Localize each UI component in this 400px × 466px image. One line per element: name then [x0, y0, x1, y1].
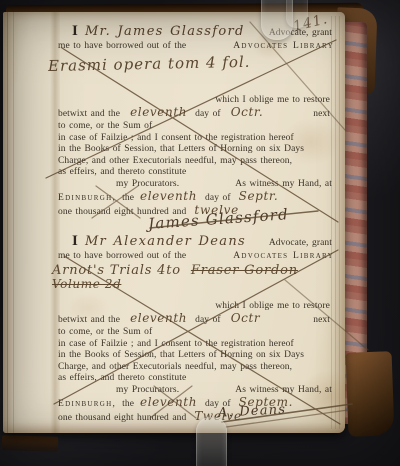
book-title-handwritten: Arnot's Trials 4to [52, 263, 181, 278]
the-label: the [122, 192, 134, 205]
entry-opening-line: I Mr Alexander Deans Advocate, grant [58, 234, 334, 251]
edinburgh-label: Edinburgh, [58, 398, 116, 411]
failzie-line: in the Books of Session, that Letters of… [58, 350, 334, 362]
year-prefix: one thousand eight hundred and [58, 413, 186, 425]
printed-capital-i: I [72, 24, 78, 39]
sum-line: to come, or the Sum of [58, 327, 334, 339]
day-of-label: day of [195, 314, 221, 327]
advocate-grant-label: Advocate, grant [269, 236, 332, 251]
book-board-bottom-left [2, 435, 58, 452]
book-title-line: Arnot's Trials 4to Fraser Gordon [52, 263, 334, 278]
signing-day-handwritten: eleventh [140, 396, 197, 409]
failzie-line: in case of Failzie ; and I consent to th… [58, 339, 334, 351]
borrowed-prefix: me to have borrowed out of the [58, 251, 186, 263]
retaining-strap-top-secondary [286, 0, 308, 28]
failzie-line: as effeirs, and thereto constitute [58, 373, 334, 385]
signing-day-handwritten: eleventh [140, 190, 197, 203]
oblige-line: which I oblige me to restore [58, 95, 334, 107]
failzie-line: in the Books of Session, that Letters of… [58, 144, 334, 156]
borrow-entry-2: I Mr Alexander Deans Advocate, grant me … [58, 234, 334, 425]
failzie-line: as effeirs, and thereto constitute [58, 167, 334, 179]
return-month-handwritten: Octr. [231, 106, 264, 119]
retaining-strap-bottom [196, 417, 227, 466]
next-label: next [313, 108, 330, 121]
printed-capital-i: I [72, 234, 78, 249]
the-label: the [122, 398, 134, 411]
next-label: next [313, 314, 330, 327]
failzie-line: Charge, and other Executorials needful, … [58, 362, 334, 374]
library-name: Advocates Library [233, 251, 334, 263]
return-date-line: betwixt and the eleventh day of Octr nex… [58, 312, 334, 327]
signing-month-handwritten: Septr. [239, 190, 279, 203]
return-day-handwritten: eleventh [130, 312, 187, 325]
day-of-label: day of [195, 108, 221, 121]
sum-line: to come, or the Sum of [58, 121, 334, 133]
borrow-entry-1: I Mr. James Glassford Advocate, grant me… [58, 24, 334, 219]
borrower-name: Mr. James Glassford [85, 24, 245, 39]
page-stack-left-edges [7, 12, 19, 433]
blank-space [58, 291, 334, 301]
borrowed-line: me to have borrowed out of the Advocates… [58, 251, 334, 263]
return-month-handwritten: Octr [231, 312, 261, 325]
oblige-line: which I oblige me to restore [58, 301, 334, 313]
edinburgh-label: Edinburgh, [58, 192, 116, 205]
borrower-name: Mr Alexander Deans [85, 234, 246, 249]
return-day-handwritten: eleventh [130, 106, 187, 119]
blank-space [58, 73, 334, 95]
year-line: one thousand eight hundred and Twelve [58, 411, 334, 425]
failzie-line: Charge, and other Executorials needful, … [58, 156, 334, 168]
struck-title-extra: Fraser Gordon [191, 263, 298, 278]
failzie-line: in case of Failzie ; and I consent to th… [58, 133, 334, 145]
betwixt-prefix: betwixt and the [58, 314, 120, 327]
betwixt-prefix: betwixt and the [58, 108, 120, 121]
borrowed-prefix: me to have borrowed out of the [58, 41, 186, 53]
return-date-line: betwixt and the eleventh day of Octr. ne… [58, 106, 334, 121]
struck-title-line2: Volume 2d [52, 278, 334, 291]
